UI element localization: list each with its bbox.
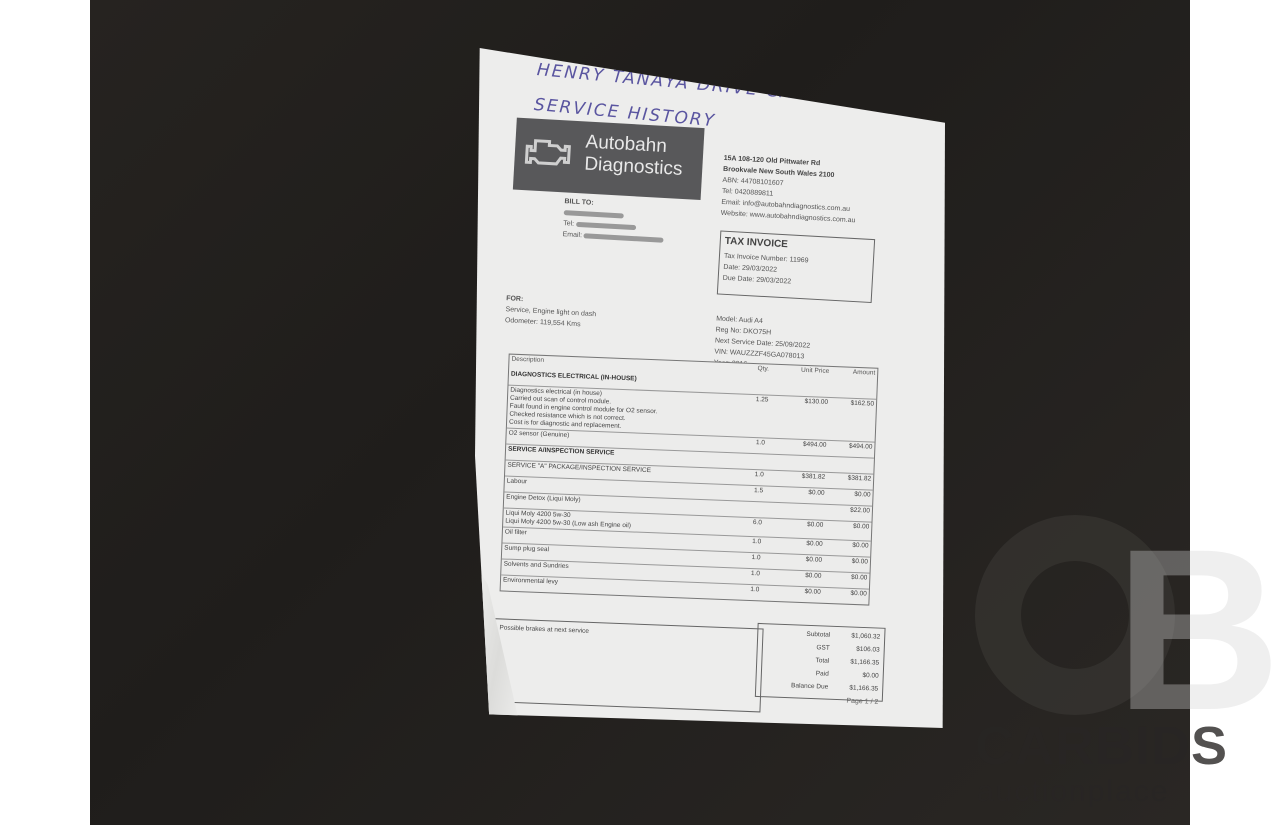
row-amount: $162.50 <box>828 399 874 408</box>
row-qty: 1.0 <box>740 439 780 448</box>
bill-to-label: BILL TO: <box>564 198 594 207</box>
row-unit-price: $130.00 <box>782 397 828 406</box>
row-qty: 1.0 <box>735 585 775 594</box>
row-amount: $381.82 <box>825 474 871 483</box>
row-amount: $0.00 <box>821 573 867 582</box>
row-unit-price <box>780 456 826 458</box>
totals-value: $1,166.35 <box>838 681 878 696</box>
tax-invoice-box: TAX INVOICE Tax Invoice Number: 11969 Da… <box>717 230 875 303</box>
row-qty: 1.5 <box>739 486 779 495</box>
company-logo: Autobahn Diagnostics <box>513 118 705 200</box>
row-amount: $0.00 <box>821 589 867 598</box>
carbids-watermark: B CARBIDS auctionplace <box>975 505 1255 815</box>
row-unit-price: $0.00 <box>777 520 823 529</box>
row-unit-price: $494.00 <box>780 440 826 449</box>
row-unit-price: $0.00 <box>777 539 823 548</box>
row-qty: 1.0 <box>735 569 775 578</box>
row-amount: $0.00 <box>822 541 868 550</box>
redacted-name <box>564 210 624 218</box>
row-unit-price: $0.00 <box>775 587 821 596</box>
watermark-brand: CARBIDS <box>975 715 1228 777</box>
bill-to-email-label: Email: <box>562 231 582 239</box>
row-unit-price: $0.00 <box>776 555 822 564</box>
row-unit-price <box>778 504 824 506</box>
company-address-block: 15A 108-120 Old Pittwater Rd Brookvale N… <box>720 153 858 226</box>
row-qty <box>740 455 780 457</box>
row-amount: $0.00 <box>822 557 868 566</box>
redacted-tel <box>576 221 636 229</box>
row-amount: $494.00 <box>826 442 872 451</box>
row-amount <box>829 383 875 385</box>
row-qty: 1.0 <box>737 537 777 546</box>
row-unit-price: $0.00 <box>778 488 824 497</box>
for-label: FOR: <box>506 295 523 303</box>
totals-box: Subtotal$1,060.32GST$106.03Total$1,166.3… <box>755 623 886 702</box>
row-amount <box>826 458 872 460</box>
line-items-table: Description Qty. Unit Price Amount DIAGN… <box>500 354 879 606</box>
row-qty: 1.0 <box>739 471 779 480</box>
row-qty <box>738 502 778 504</box>
header-unit-price: Unit Price <box>783 366 829 375</box>
row-amount: $0.00 <box>823 522 869 531</box>
header-qty: Qty. <box>743 365 783 374</box>
row-unit-price: $381.82 <box>779 472 825 481</box>
row-amount: $0.00 <box>824 490 870 499</box>
row-unit-price <box>783 381 829 383</box>
watermark-tagline: auctionplace <box>977 775 1169 809</box>
row-qty <box>743 380 783 382</box>
notes-box: Possible brakes at next service <box>491 618 764 712</box>
row-qty: 6.0 <box>737 518 777 527</box>
header-amount: Amount <box>829 368 875 377</box>
watermark-b-letter: B <box>1115 515 1280 745</box>
redacted-email <box>584 233 664 242</box>
engine-check-icon <box>524 132 574 175</box>
totals-label: Balance Due <box>768 678 828 693</box>
notes-text: Possible brakes at next service <box>499 624 589 634</box>
company-name-line2: Diagnostics <box>584 153 683 180</box>
row-qty: 1.0 <box>736 553 776 562</box>
bill-to-tel-label: Tel: <box>563 220 574 228</box>
row-qty: 1.25 <box>742 396 782 405</box>
row-unit-price: $0.00 <box>775 571 821 580</box>
for-block: FOR: Service, Engine light on dash Odome… <box>505 293 597 331</box>
row-amount: $22.00 <box>824 506 870 515</box>
bill-to-block: BILL TO: Tel: Email: <box>562 196 666 246</box>
page-number: Page 1 / 2 <box>846 698 878 706</box>
invoice-paper: HENRY TANAYA DRIVE CAR - RG SERVICE HIST… <box>475 48 945 728</box>
